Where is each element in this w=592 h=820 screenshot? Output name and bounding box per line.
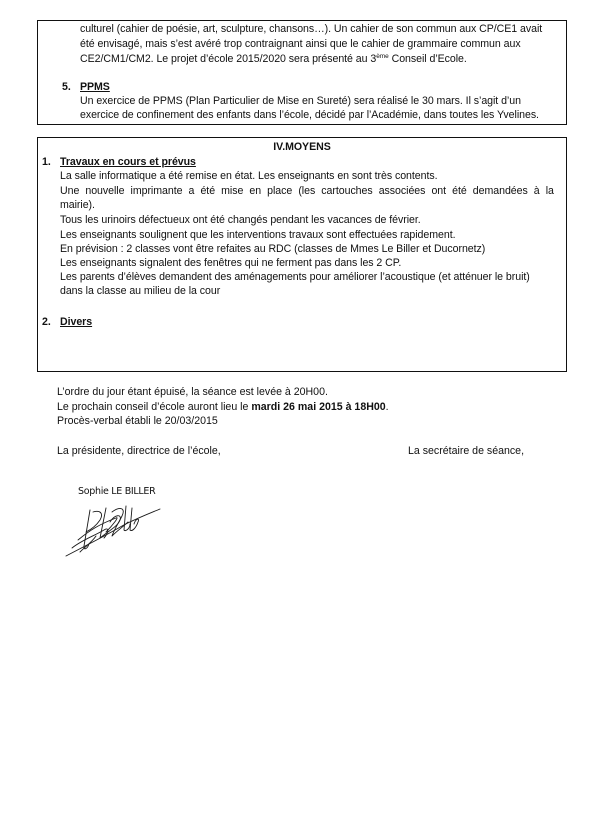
section-title: IV.MOYENS bbox=[38, 141, 566, 154]
item-number: 5. bbox=[62, 81, 71, 94]
item-heading-divers: Divers bbox=[60, 316, 92, 329]
text-line: mairie). bbox=[60, 199, 95, 212]
text-line: En prévision : 2 classes vont être refai… bbox=[60, 243, 485, 256]
text-line: culturel (cahier de poésie, art, sculptu… bbox=[80, 23, 542, 36]
text-line-part: CE2/CM1/CM2. Le projet d’école 2015/2020… bbox=[80, 53, 376, 65]
text-line: Les parents d’élèves demandent des aména… bbox=[60, 271, 530, 284]
handwritten-signature-icon bbox=[60, 500, 170, 562]
text-line: CE2/CM1/CM2. Le projet d’école 2015/2020… bbox=[80, 53, 467, 66]
closing-line: L’ordre du jour étant épuisé, la séance … bbox=[57, 386, 328, 399]
signer-name: Sophie LE BILLER bbox=[78, 486, 155, 497]
text-line-part: Conseil d’Ecole. bbox=[389, 53, 467, 65]
item-number: 2. bbox=[42, 316, 51, 329]
next-meeting-date: mardi 26 mai 2015 à 18H00 bbox=[251, 401, 385, 413]
section-moyens-box: IV.MOYENS 1. Travaux en cours et prévus … bbox=[37, 137, 567, 372]
text-line: été envisagé, mais s’est avéré trop cont… bbox=[80, 38, 521, 51]
text-line: Une nouvelle imprimante a été mise en pl… bbox=[60, 185, 554, 198]
text-line: La salle informatique a été remise en ét… bbox=[60, 170, 438, 183]
left-signatory-label: La présidente, directrice de l’école, bbox=[57, 445, 221, 458]
text-line: Tous les urinoirs défectueux ont été cha… bbox=[60, 214, 421, 227]
text-line: Les enseignants soulignent que les inter… bbox=[60, 229, 455, 242]
item-heading-ppms: PPMS bbox=[80, 81, 110, 94]
text-line: Les enseignants signalent des fenêtres q… bbox=[60, 257, 401, 270]
next-meeting-line: Le prochain conseil d’école auront lieu … bbox=[57, 401, 389, 414]
item-heading-travaux: Travaux en cours et prévus bbox=[60, 156, 196, 169]
text-line: Un exercice de PPMS (Plan Particulier de… bbox=[80, 95, 521, 108]
report-date-line: Procès-verbal établi le 20/03/2015 bbox=[57, 415, 218, 428]
superscript: ème bbox=[376, 53, 389, 60]
right-signatory-label: La secrétaire de séance, bbox=[408, 445, 524, 458]
text-part: . bbox=[386, 401, 389, 413]
text-line: dans la classe au milieu de la cour bbox=[60, 285, 220, 298]
item-number: 1. bbox=[42, 156, 51, 169]
text-part: Le prochain conseil d’école auront lieu … bbox=[57, 401, 251, 413]
section-previous-box: culturel (cahier de poésie, art, sculptu… bbox=[37, 20, 567, 125]
text-line: exercice de confinement des enfants dans… bbox=[80, 109, 539, 122]
